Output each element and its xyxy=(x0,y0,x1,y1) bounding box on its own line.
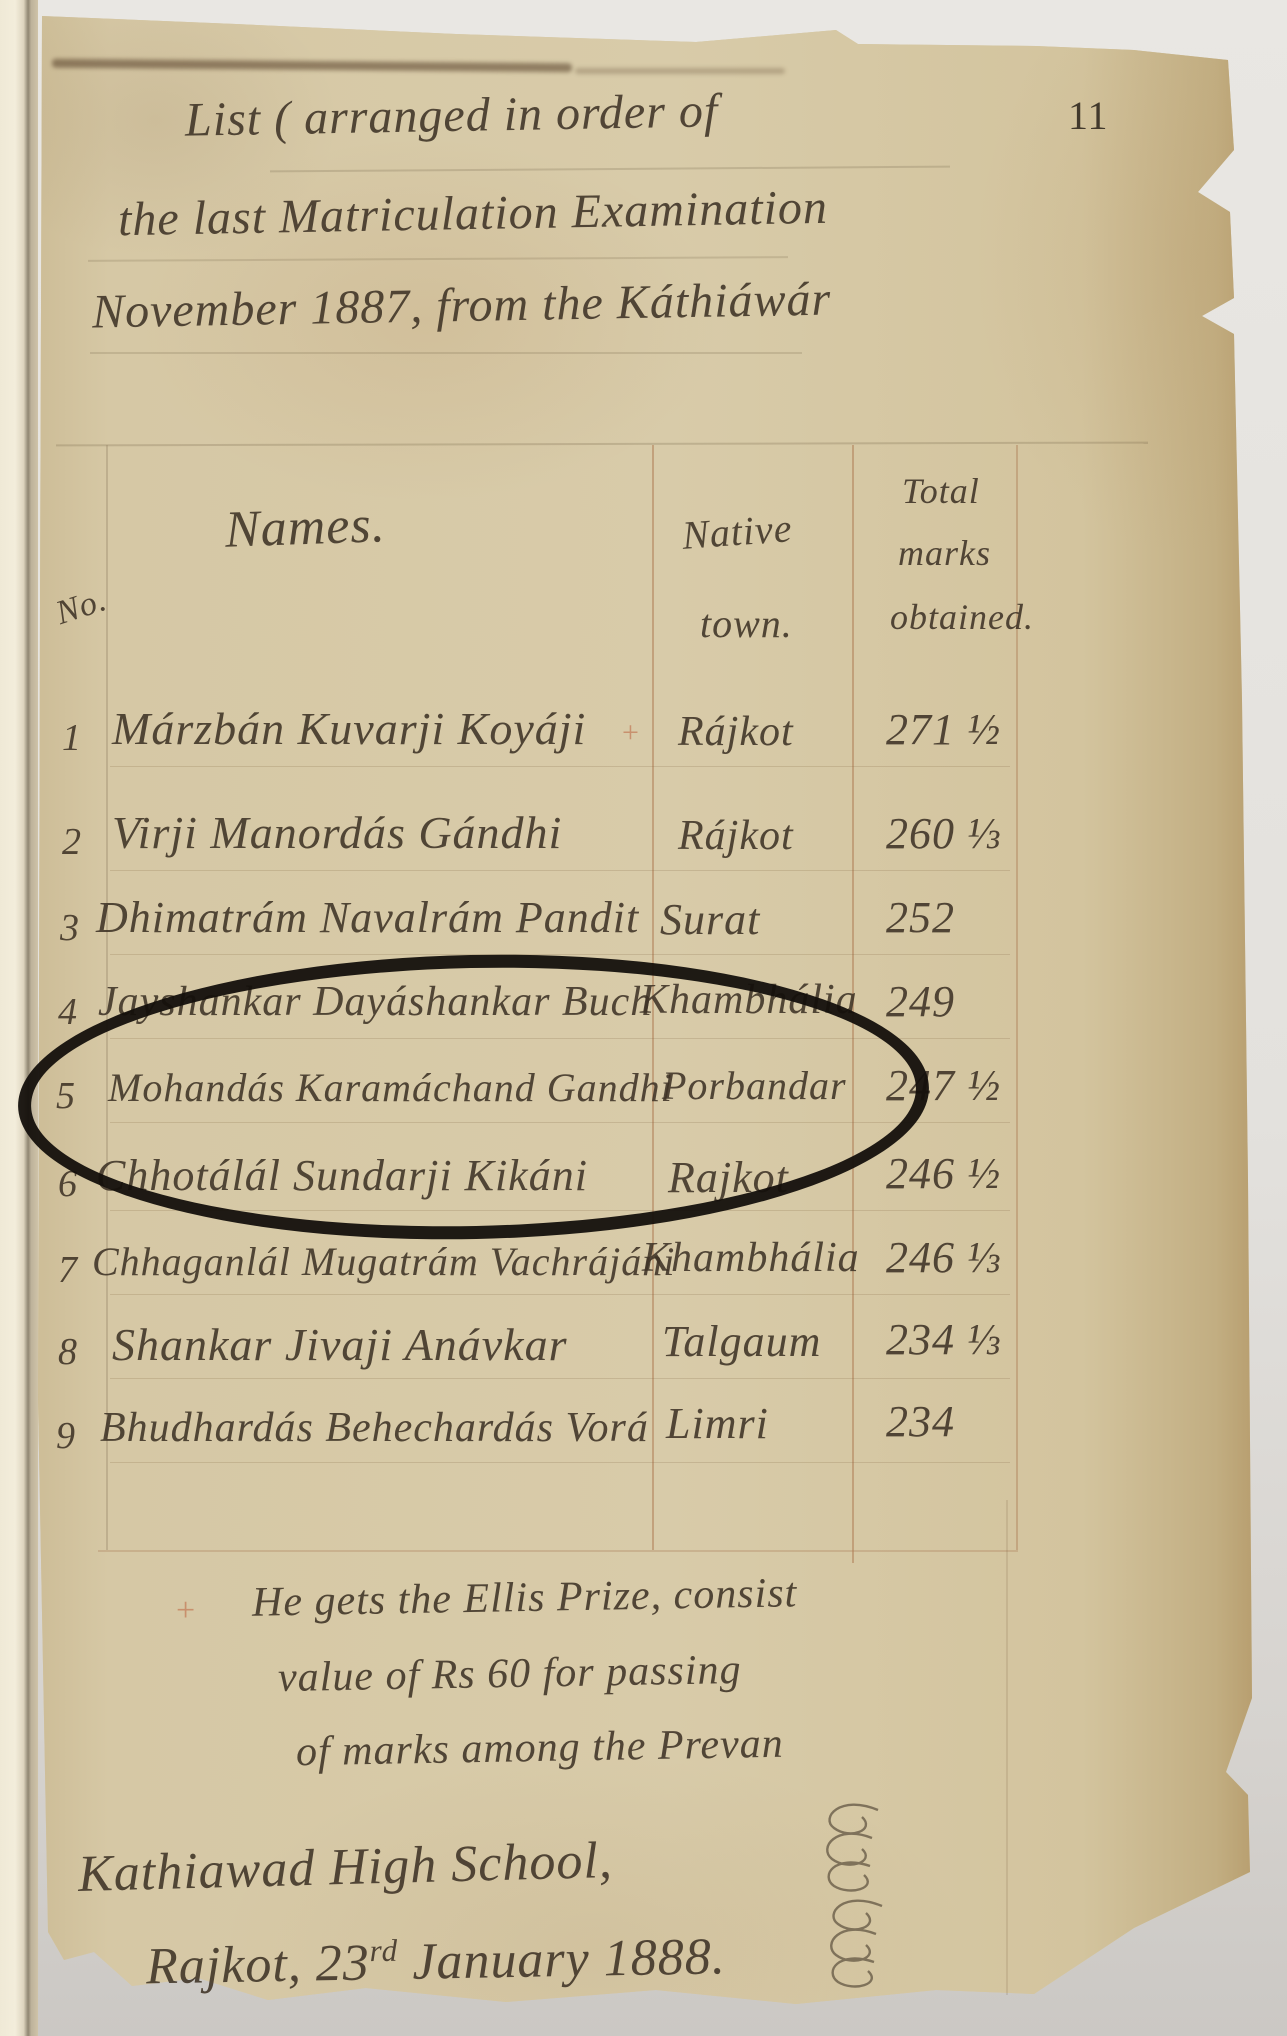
native-town: Talgaum xyxy=(662,1316,821,1367)
marks: 260 ⅓ xyxy=(886,808,1001,859)
student-name: Shankar Jivaji Anávkar xyxy=(112,1318,568,1371)
heading-underline-3 xyxy=(90,352,802,354)
footnote-line-1: He gets the Ellis Prize, consist xyxy=(252,1569,798,1627)
col-header-total-marks-line2: marks xyxy=(898,532,991,574)
native-town: Rájkot xyxy=(678,812,794,860)
footnote-line-3: of marks among the Prevan xyxy=(296,1720,784,1777)
native-town: Surat xyxy=(660,894,760,945)
student-name: Chhaganlál Mugatrám Vachrájáni xyxy=(92,1238,675,1285)
row-number: 7 xyxy=(58,1248,78,1292)
signature-line-2: Rajkot, 23rd January 1888. xyxy=(146,1927,727,1996)
row-guide-line xyxy=(110,766,1010,767)
fold-crease xyxy=(1006,1500,1008,1995)
row-number: 1 xyxy=(62,716,82,760)
col-header-total-marks-line3: obtained. xyxy=(890,596,1034,638)
native-town: Rájkot xyxy=(678,708,794,756)
signature-place-date: Rajkot, 23 xyxy=(146,1934,371,1995)
footnote-marker: + xyxy=(176,1592,196,1630)
student-name: Virji Manordás Gándhi xyxy=(112,806,562,859)
signature-date-rest: January 1888. xyxy=(398,1928,726,1991)
marks: 252 xyxy=(886,892,955,943)
row-number: 9 xyxy=(56,1414,76,1458)
top-edge-shadow-2 xyxy=(575,68,785,74)
row-guide-line xyxy=(110,954,1010,955)
native-town: Khambhália xyxy=(642,1234,860,1282)
heading-line-1: List ( arranged in order of xyxy=(185,83,719,147)
marks: 249 xyxy=(886,976,955,1027)
student-name: Dhimatrám Navalrám Pandit xyxy=(96,892,639,943)
flourish-coil-bottom xyxy=(822,1896,892,1988)
marks: 234 xyxy=(886,1396,955,1447)
flourish-coil-top xyxy=(818,1800,888,1892)
marks: 246 ⅓ xyxy=(886,1232,1001,1283)
row-guide-line xyxy=(110,870,1010,871)
col-header-native-town-line1: Native xyxy=(680,504,793,559)
col-header-names: Names. xyxy=(224,495,387,560)
native-town: Limri xyxy=(666,1398,769,1449)
marks: 271 ½ xyxy=(886,704,1001,755)
scanned-document-page: { "document": { "page_number": "11", "he… xyxy=(0,0,1287,2036)
row-guide-line xyxy=(110,1462,1010,1463)
student-name: Márzbán Kuvarji Koyáji xyxy=(112,702,586,755)
page-number: 11 xyxy=(1068,92,1109,139)
col-header-native-town-line2: town. xyxy=(700,600,793,647)
signature-ordinal: rd xyxy=(369,1933,398,1968)
row-number: 2 xyxy=(62,820,82,864)
col-header-total-marks-line1: Total xyxy=(902,470,980,512)
marks: 234 ⅓ xyxy=(886,1314,1001,1365)
row-guide-line xyxy=(110,1294,1010,1295)
student-name: Bhudhardás Behechardás Vorá xyxy=(100,1404,649,1452)
footnote-reference-mark: + xyxy=(622,716,640,750)
table-bottom-border xyxy=(98,1550,1018,1552)
row-number: 8 xyxy=(58,1330,78,1374)
marks: 246 ½ xyxy=(886,1148,1001,1199)
footnote-line-2: value of Rs 60 for passing xyxy=(278,1646,742,1702)
row-number: 3 xyxy=(60,906,80,950)
row-guide-line xyxy=(110,1378,1010,1379)
row-number: 4 xyxy=(58,990,78,1034)
book-binding-edge xyxy=(0,0,38,2036)
